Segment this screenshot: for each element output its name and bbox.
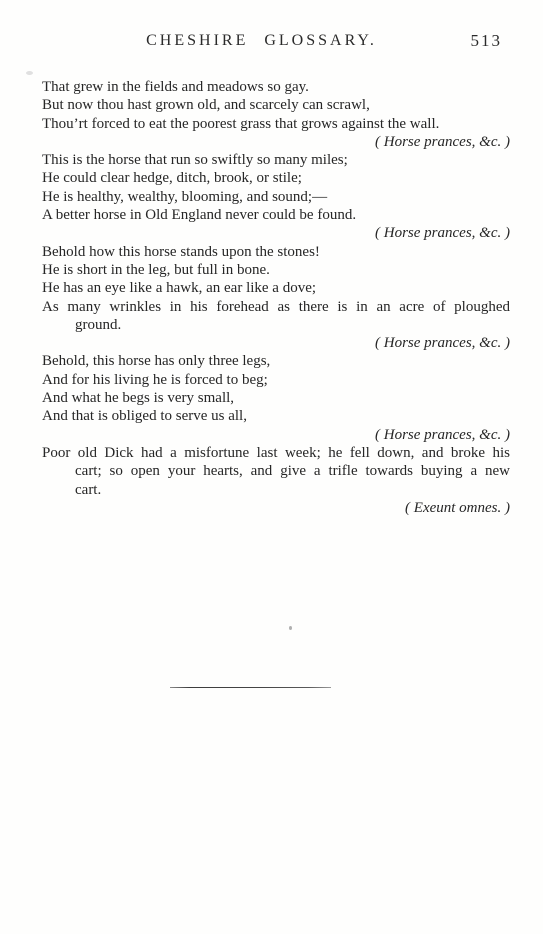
poem-line: But now thou hast grown old, and scarcel… [42, 96, 510, 114]
poem-line: He could clear hedge, ditch, brook, or s… [42, 169, 510, 187]
poem-line: As many wrinkles in his forehead as ther… [42, 298, 510, 316]
poem-line: He is healthy, wealthy, blooming, and so… [42, 188, 510, 206]
stage-direction: ( Horse prances, &c. ) [42, 426, 510, 444]
book-page: CHESHIRE GLOSSARY. 513 That grew in the … [0, 0, 543, 934]
poem-line: Thou’rt forced to eat the poorest grass … [42, 115, 510, 133]
poem-line: A better horse in Old England never coul… [42, 206, 510, 224]
poem-line: Behold, this horse has only three legs, [42, 352, 510, 370]
poem-line: He is short in the leg, but full in bone… [42, 261, 510, 279]
section-divider-rule [170, 687, 331, 688]
stage-direction: ( Horse prances, &c. ) [42, 224, 510, 242]
poem-line-continuation: ground. [42, 316, 510, 334]
poem-line: And what he begs is very small, [42, 389, 510, 407]
poem-line: He has an eye like a hawk, an ear like a… [42, 279, 510, 297]
prose-line: Poor old Dick had a misfortune last week… [42, 444, 510, 462]
poem-line: And that is obliged to serve us all, [42, 407, 510, 425]
prose-line-continuation: cart; so open your hearts, and give a tr… [42, 462, 510, 480]
stage-direction: ( Horse prances, &c. ) [42, 334, 510, 352]
stage-direction: ( Exeunt omnes. ) [42, 499, 510, 517]
poem-line: Behold how this horse stands upon the st… [42, 243, 510, 261]
poem-line: This is the horse that run so swiftly so… [42, 151, 510, 169]
stage-direction: ( Horse prances, &c. ) [42, 133, 510, 151]
page-number: 513 [471, 31, 503, 51]
poem-line: And for his living he is forced to beg; [42, 371, 510, 389]
margin-smudge [26, 71, 33, 75]
ink-speck [289, 626, 292, 630]
page-header: CHESHIRE GLOSSARY. 513 [0, 0, 543, 52]
poem-line: That grew in the fields and meadows so g… [42, 78, 510, 96]
running-title: CHESHIRE GLOSSARY. [0, 32, 533, 50]
prose-line-continuation: cart. [42, 481, 510, 499]
poem-body: That grew in the fields and meadows so g… [0, 78, 543, 517]
